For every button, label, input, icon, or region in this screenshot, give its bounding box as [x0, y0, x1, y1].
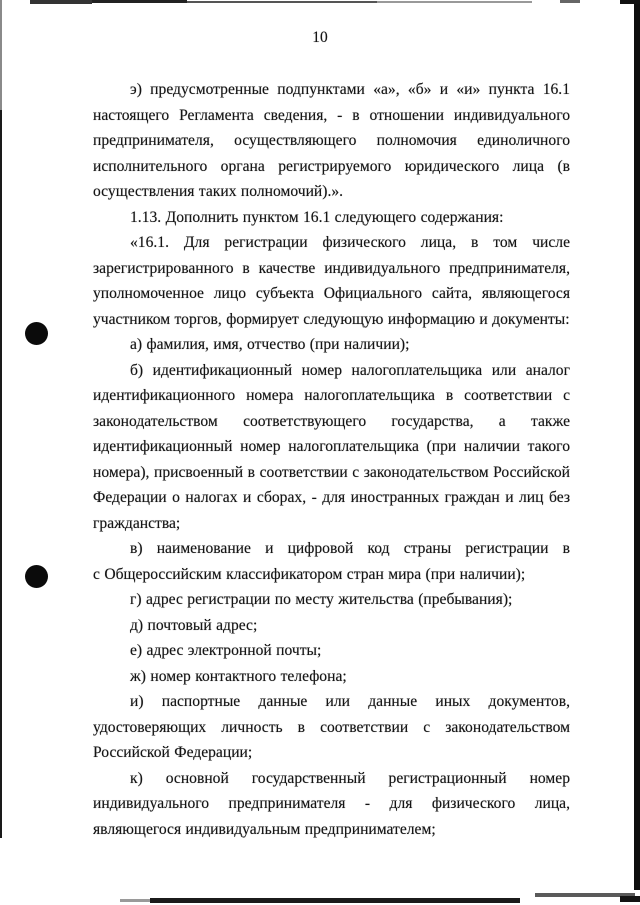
paragraph: 1.13. Дополнить пунктом 16.1 следующего …	[93, 205, 570, 231]
text-line: участником торгов, формирует следующую и…	[93, 307, 570, 333]
paragraph: г) адрес регистрации по месту жительства…	[93, 587, 570, 613]
text-line: е) адрес электронной почты;	[93, 638, 570, 664]
text-line: номера), присвоенный в соответствии с за…	[93, 460, 570, 486]
paragraph: а) фамилия, имя, отчество (при наличии);	[93, 332, 570, 358]
scan-edge-artifact-top	[620, 0, 640, 4]
text-line: Федерации о налогах и сборах, - для инос…	[93, 485, 570, 511]
scanned-document-page: { "document": { "page_number": "10", "pa…	[0, 0, 640, 905]
paragraph: и) паспортные данные или данные иных док…	[93, 689, 570, 766]
scan-edge-artifact-top	[92, 0, 187, 3]
paragraph: э) предусмотренные подпунктами «а», «б» …	[93, 77, 570, 205]
paragraph: д) почтовый адрес;	[93, 613, 570, 639]
scan-edge-artifact-top	[560, 0, 580, 3]
text-line: к) основной государственный регистрацион…	[93, 766, 570, 792]
scan-edge-artifact-bottom	[620, 896, 640, 902]
text-line: «16.1. Для регистрации физического лица,…	[93, 230, 570, 256]
paragraph: к) основной государственный регистрацион…	[93, 766, 570, 843]
text-line: исполнительного органа регистрируемого ю…	[93, 154, 570, 180]
text-line: удостоверяющих личность в соответствии с…	[93, 715, 570, 741]
paragraph: в) наименование и цифровой код страны ре…	[93, 536, 570, 587]
paragraph: ж) номер контактного телефона;	[93, 664, 570, 690]
page-background: 10 э) предусмотренные подпунктами «а», «…	[0, 0, 640, 905]
document-body: э) предусмотренные подпунктами «а», «б» …	[93, 77, 570, 842]
text-line: являющегося индивидуальным предпринимате…	[93, 817, 570, 843]
text-line: уполномоченное лицо субъекта Официальног…	[93, 281, 570, 307]
text-line: ж) номер контактного телефона;	[93, 664, 570, 690]
scan-edge-artifact-top	[187, 1, 377, 3]
punch-hole-mark-top	[25, 322, 48, 345]
text-line: предпринимателя, осуществляющего полномо…	[93, 128, 570, 154]
text-line: индивидуального предпринимателя - для фи…	[93, 791, 570, 817]
text-line: и) паспортные данные или данные иных док…	[93, 689, 570, 715]
text-line: идентификационного номера налогоплательщ…	[93, 383, 570, 409]
text-line: осуществления таких полномочий).».	[93, 179, 570, 205]
text-line: г) адрес регистрации по месту жительства…	[93, 587, 570, 613]
text-line: законодательством соответствующего госуд…	[93, 409, 570, 435]
scan-edge-artifact-left	[0, 0, 2, 110]
text-line: настоящего Регламента сведения, - в отно…	[93, 103, 570, 129]
text-line: гражданства;	[93, 511, 570, 537]
scan-edge-artifact-top	[30, 0, 92, 4]
text-line: идентификационный номер налогоплательщик…	[93, 434, 570, 460]
text-line: в) наименование и цифровой код страны ре…	[93, 536, 570, 562]
punch-hole-mark-bottom	[25, 565, 48, 588]
scan-edge-artifact-bottom	[150, 898, 520, 903]
paragraph: «16.1. Для регистрации физического лица,…	[93, 230, 570, 332]
text-line: д) почтовый адрес;	[93, 613, 570, 639]
text-line: а) фамилия, имя, отчество (при наличии);	[93, 332, 570, 358]
text-line: э) предусмотренные подпунктами «а», «б» …	[93, 77, 570, 103]
paragraph: е) адрес электронной почты;	[93, 638, 570, 664]
text-line: 1.13. Дополнить пунктом 16.1 следующего …	[93, 205, 570, 231]
page-number: 10	[0, 29, 640, 47]
text-line: Российской Федерации;	[93, 740, 570, 766]
scan-edge-artifact-right	[634, 0, 640, 890]
text-line: с Общероссийским классификатором стран м…	[93, 562, 570, 588]
scan-edge-artifact-top	[377, 1, 532, 3]
scan-edge-artifact-left	[0, 110, 2, 838]
text-line: б) идентификационный номер налогоплатель…	[93, 358, 570, 384]
paragraph: б) идентификационный номер налогоплатель…	[93, 358, 570, 537]
text-line: зарегистрированного в качестве индивидуа…	[93, 256, 570, 282]
